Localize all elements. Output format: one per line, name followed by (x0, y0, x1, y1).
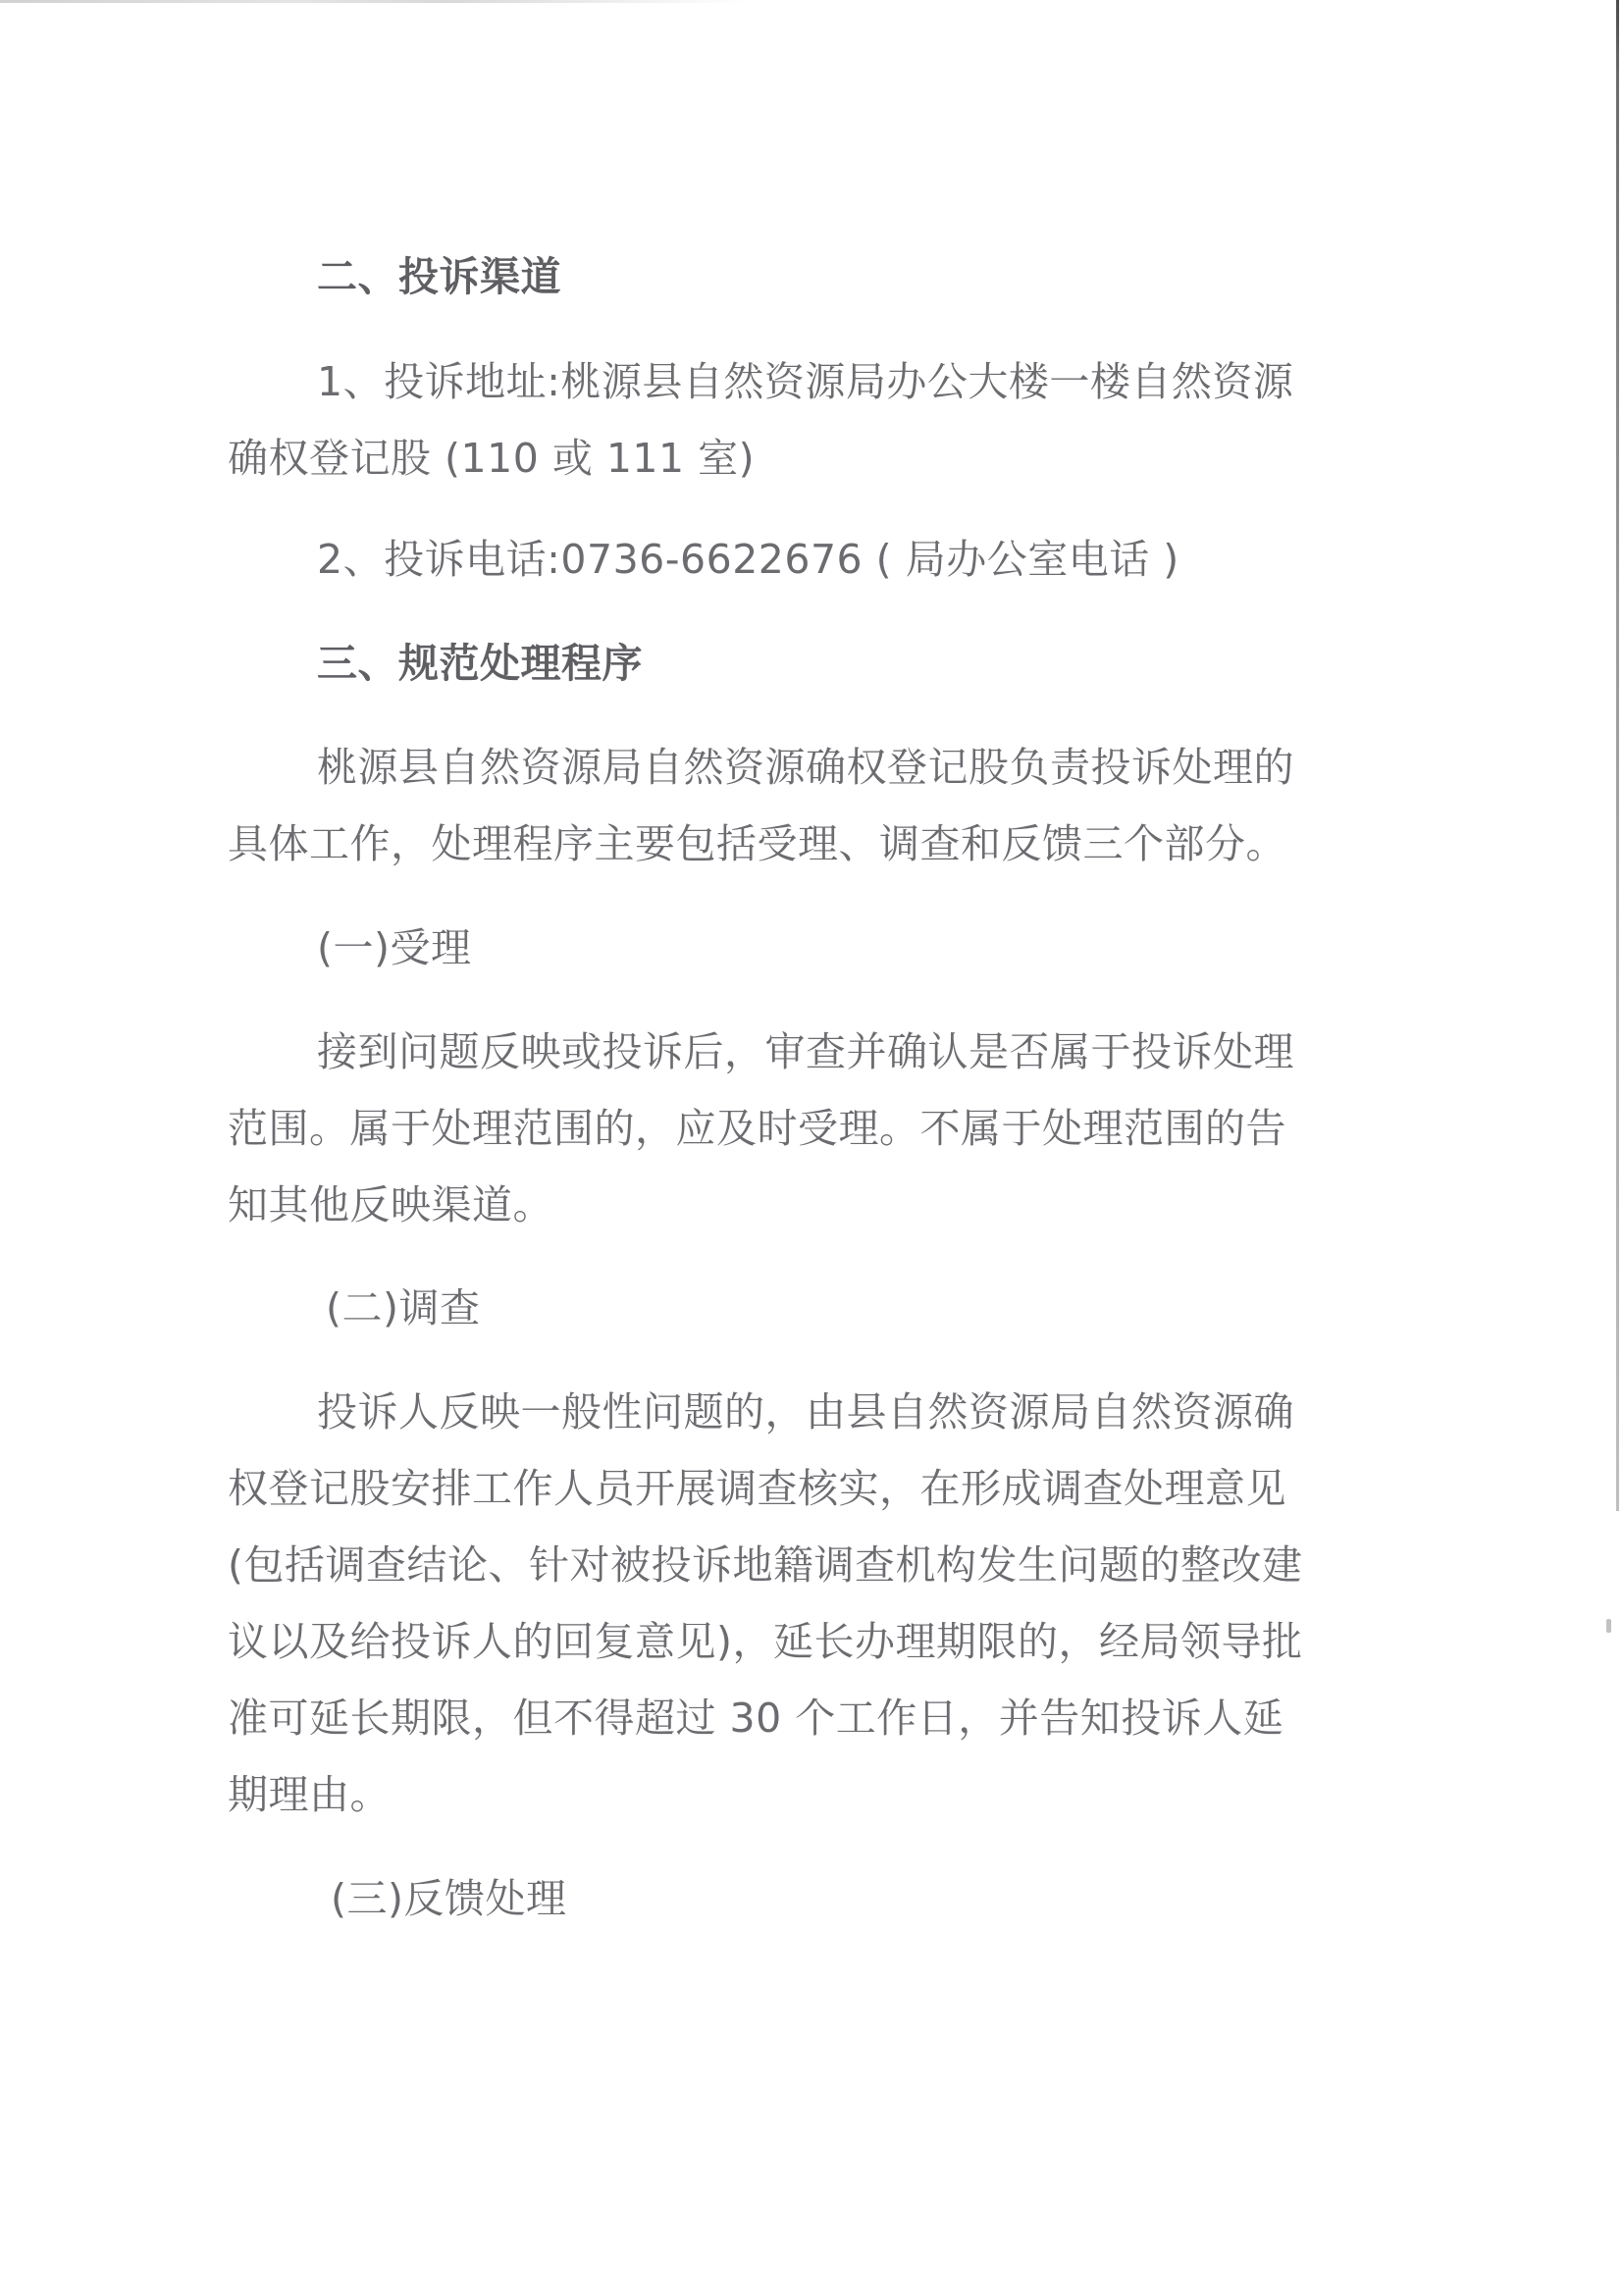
investigation-line-2: 权登记股安排工作人员开展调查核实，在形成调查处理意见 (228, 1465, 1286, 1512)
scanned-document-page: 二、投诉渠道 1、投诉地址:桃源县自然资源局办公大楼一楼自然资源 确权登记股 (… (0, 0, 1623, 2296)
subsection-title-acceptance: (一)受理 (317, 924, 472, 971)
complaint-phone-line: 2、投诉电话:0736-6622676 ( 局办公室电话 ) (317, 536, 1179, 583)
complaint-address-line-2: 确权登记股 (110 或 111 室) (228, 435, 755, 482)
investigation-line-5: 准可延长期限，但不得超过 30 个工作日，并告知投诉人延 (228, 1695, 1283, 1742)
acceptance-line-2: 范围。属于处理范围的，应及时受理。不属于处理范围的告 (228, 1105, 1286, 1152)
acceptance-line-1: 接到问题反映或投诉后，审查并确认是否属于投诉处理 (317, 1028, 1294, 1075)
investigation-line-3: (包括调查结论、针对被投诉地籍调查机构发生问题的整改建 (228, 1541, 1303, 1589)
section-heading-procedure: 三、规范处理程序 (317, 640, 643, 687)
scan-right-edge-artifact (1616, 0, 1619, 1511)
investigation-line-4: 议以及给投诉人的回复意见)，延长办理期限的，经局领导批 (228, 1618, 1303, 1665)
section-heading-complaint-channels: 二、投诉渠道 (317, 253, 561, 300)
complaint-address-line-1: 1、投诉地址:桃源县自然资源局办公大楼一楼自然资源 (317, 358, 1293, 405)
investigation-line-6: 期理由。 (228, 1771, 391, 1818)
scan-top-edge-artifact (0, 0, 746, 3)
subsection-title-investigation: (二)调查 (326, 1284, 481, 1331)
procedure-intro-line-1: 桃源县自然资源局自然资源确权登记股负责投诉处理的 (317, 744, 1294, 791)
scan-speck-artifact (1606, 1619, 1611, 1633)
acceptance-line-3: 知其他反映渠道。 (228, 1181, 553, 1228)
subsection-title-feedback: (三)反馈处理 (331, 1875, 567, 1922)
investigation-line-1: 投诉人反映一般性问题的，由县自然资源局自然资源确 (317, 1388, 1294, 1435)
procedure-intro-line-2: 具体工作，处理程序主要包括受理、调查和反馈三个部分。 (228, 820, 1286, 867)
